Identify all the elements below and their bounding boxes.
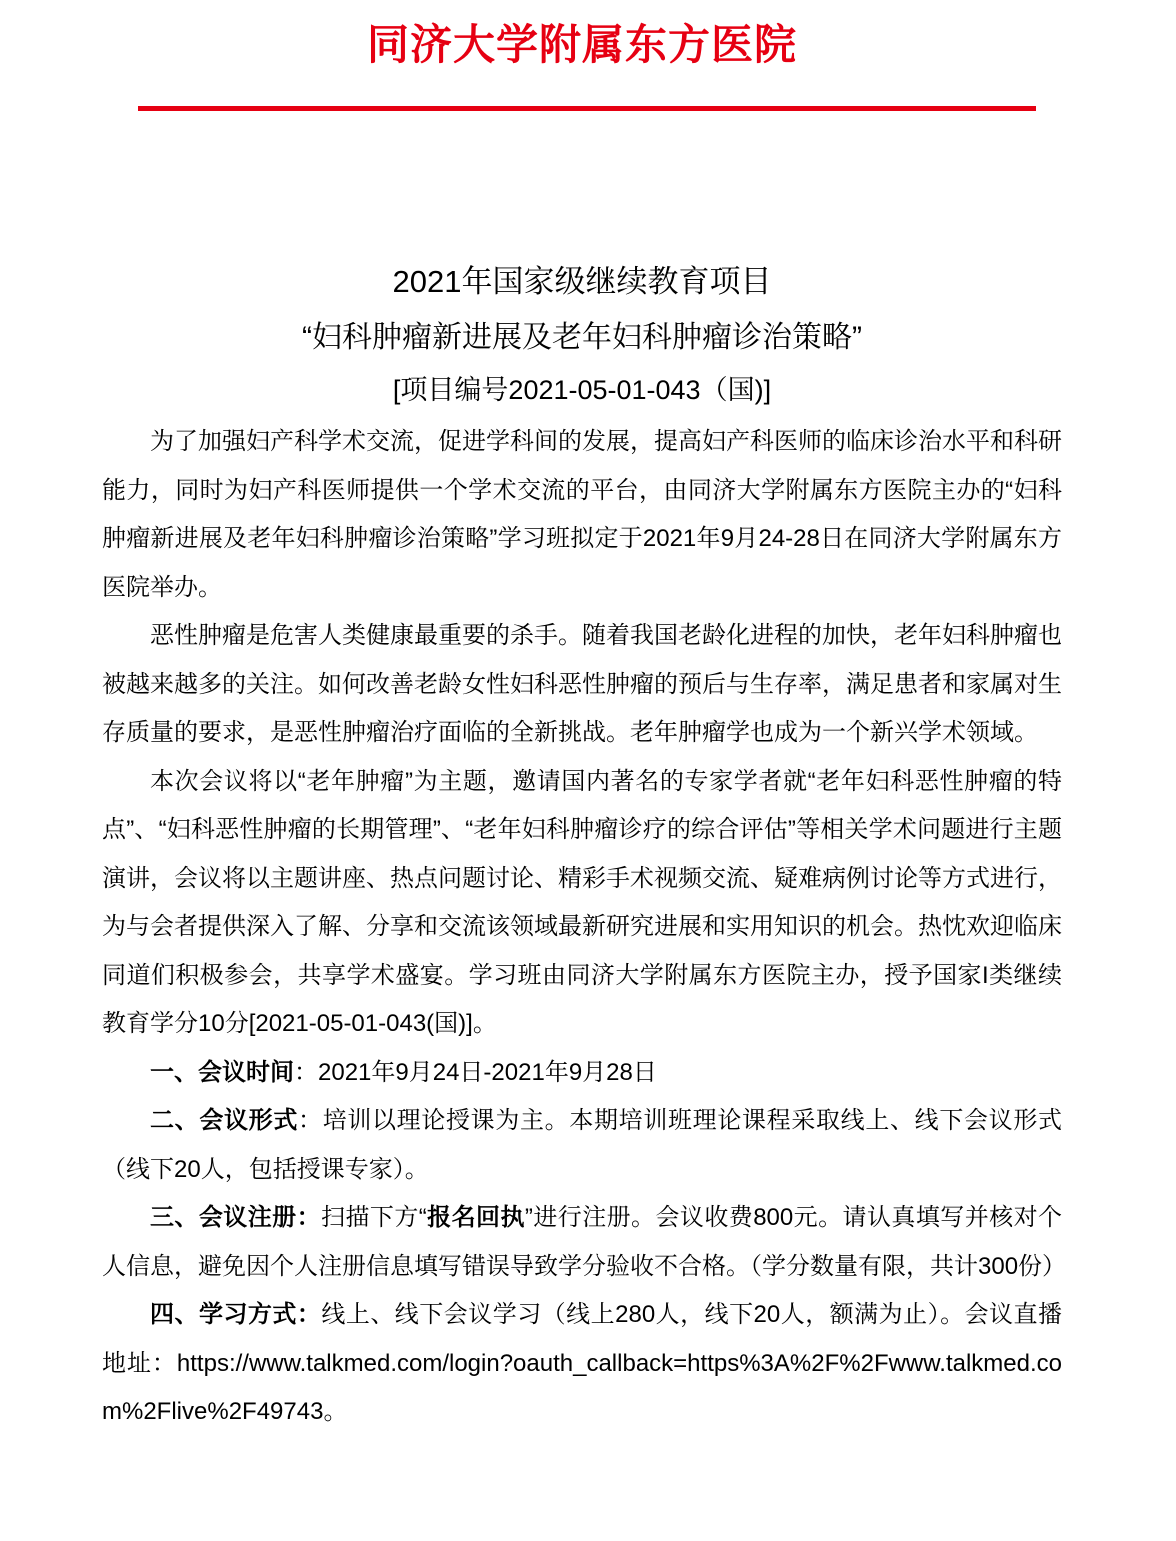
paragraph-intro: 为了加强妇产科学术交流，促进学科间的发展，提高妇产科医师的临床诊治水平和科研能力… bbox=[102, 418, 1062, 612]
item-1-separator: ： bbox=[294, 1059, 318, 1086]
registration-text-before: 扫描下方“ bbox=[321, 1204, 427, 1231]
doc-title-year-program: 2021年国家级继续教育项目 bbox=[102, 265, 1062, 299]
letterhead-divider bbox=[138, 106, 1036, 111]
meeting-time-value: 2021年9月24日-2021年9月28日 bbox=[318, 1059, 657, 1086]
item-2-prefix: 二、 bbox=[150, 1107, 199, 1134]
document-body: 为了加强妇产科学术交流，促进学科间的发展，提高妇产科医师的临床诊治水平和科研能力… bbox=[102, 418, 1062, 1437]
doc-title-course-name: “妇科肿瘤新进展及老年妇科肿瘤诊治策略” bbox=[102, 320, 1062, 356]
item-registration: 三、会议注册：扫描下方“报名回执”进行注册。会议收费800元。请认真填写并核对个… bbox=[102, 1194, 1062, 1291]
item-2-separator: ： bbox=[298, 1107, 323, 1134]
document-page: 同济大学附属东方医院 2021年国家级继续教育项目 “妇科肿瘤新进展及老年妇科肿… bbox=[0, 0, 1176, 1541]
item-2-label: 会议形式 bbox=[199, 1107, 298, 1134]
doc-title-project-number: [项目编号2021-05-01-043（国)] bbox=[102, 375, 1062, 405]
item-4-label: 学习方式： bbox=[199, 1301, 321, 1328]
item-3-prefix: 三、 bbox=[150, 1204, 199, 1231]
item-learning-method: 四、学习方式：线上、线下会议学习（线上280人，线下20人，额满为止）。会议直播… bbox=[102, 1291, 1062, 1437]
registration-receipt-bold: 报名回执 bbox=[427, 1204, 525, 1231]
paragraph-background: 恶性肿瘤是危害人类健康最重要的杀手。随着我国老龄化进程的加快，老年妇科肿瘤也被越… bbox=[102, 612, 1062, 758]
item-1-label: 会议时间 bbox=[198, 1059, 294, 1086]
hospital-name: 同济大学附属东方医院 bbox=[102, 22, 1062, 68]
learning-method-tail: 。 bbox=[323, 1398, 347, 1425]
paragraph-theme: 本次会议将以“老年肿瘤”为主题，邀请国内著名的专家学者就“老年妇科恶性肿瘤的特点… bbox=[102, 758, 1062, 1049]
item-1-prefix: 一、 bbox=[150, 1059, 198, 1086]
item-4-prefix: 四、 bbox=[150, 1301, 199, 1328]
item-meeting-format: 二、会议形式：培训以理论授课为主。本期培训班理论课程采取线上、线下会议形式（线下… bbox=[102, 1097, 1062, 1194]
item-3-label: 会议注册： bbox=[199, 1204, 321, 1231]
live-stream-url: https://www.talkmed.com/login?oauth_call… bbox=[102, 1350, 1062, 1426]
item-meeting-time: 一、会议时间：2021年9月24日-2021年9月28日 bbox=[102, 1049, 1062, 1098]
